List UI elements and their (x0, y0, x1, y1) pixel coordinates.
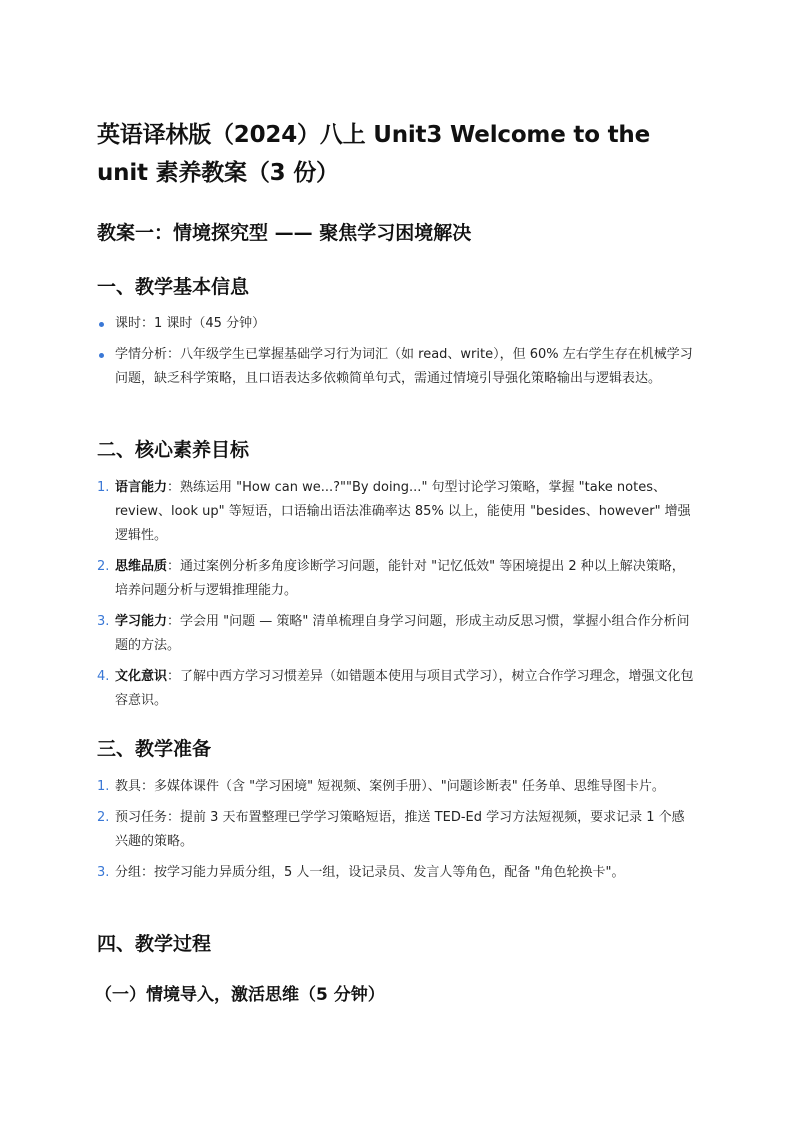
list-item: 3. 学习能力：学会用 "问题 — 策略" 清单梳理自身学习问题，形成主动反思习… (97, 610, 697, 658)
list-item-text: ：了解中西方学习习惯差异（如错题本使用与项目式学习），树立合作学习理念，增强文化… (115, 669, 694, 708)
section-heading-teaching-process: 四、教学过程 (97, 931, 211, 957)
core-goals-list: 1. 语言能力：熟练运用 "How can we...?""By doing..… (97, 476, 697, 720)
preparation-list: 1. 教具：多媒体课件（含 "学习困境" 短视频、案例手册）、"问题诊断表" 任… (97, 775, 697, 892)
document-title: 英语译林版（2024）八上 Unit3 Welcome to the unit … (97, 116, 697, 192)
goal-label: 思维品质 (115, 559, 167, 574)
list-item: 课时：1 课时（45 分钟） (97, 312, 697, 336)
list-item-text: 预习任务：提前 3 天布置整理已学学习策略短语，推送 TED-Ed 学习方法短视… (115, 810, 685, 849)
list-item-text: 分组：按学习能力异质分组，5 人一组，设记录员、发言人等角色，配备 "角色轮换卡… (115, 865, 625, 880)
list-number: 3. (97, 610, 109, 634)
list-item: 2. 预习任务：提前 3 天布置整理已学学习策略短语，推送 TED-Ed 学习方… (97, 806, 697, 854)
goal-label: 语言能力 (115, 480, 167, 495)
goal-label: 文化意识 (115, 669, 167, 684)
list-item-text: ：通过案例分析多角度诊断学习问题，能针对 "记忆低效" 等困境提出 2 种以上解… (115, 559, 685, 598)
list-number: 4. (97, 665, 109, 689)
list-item-text: 教具：多媒体课件（含 "学习困境" 短视频、案例手册）、"问题诊断表" 任务单、… (115, 779, 665, 794)
list-item-text: ：学会用 "问题 — 策略" 清单梳理自身学习问题，形成主动反思习惯，掌握小组合… (115, 614, 690, 653)
subsection-heading-introduction: （一）情境导入，激活思维（5 分钟） (95, 983, 385, 1007)
goal-label: 学习能力 (115, 614, 167, 629)
list-item: 1. 教具：多媒体课件（含 "学习困境" 短视频、案例手册）、"问题诊断表" 任… (97, 775, 697, 799)
list-item-text: 学情分析：八年级学生已掌握基础学习行为词汇（如 read、write），但 60… (115, 347, 693, 386)
list-number: 3. (97, 861, 109, 885)
list-item: 4. 文化意识：了解中西方学习习惯差异（如错题本使用与项目式学习），树立合作学习… (97, 665, 697, 713)
list-number: 2. (97, 806, 109, 830)
bullet-icon (99, 322, 104, 327)
list-item-text: 课时：1 课时（45 分钟） (115, 316, 265, 331)
list-item: 2. 思维品质：通过案例分析多角度诊断学习问题，能针对 "记忆低效" 等困境提出… (97, 555, 697, 603)
list-item: 1. 语言能力：熟练运用 "How can we...?""By doing..… (97, 476, 697, 548)
list-item-text: ：熟练运用 "How can we...?""By doing..." 句型讨论… (115, 480, 691, 543)
section-heading-preparation: 三、教学准备 (97, 736, 211, 762)
list-number: 1. (97, 476, 109, 500)
list-number: 1. (97, 775, 109, 799)
section-heading-basic-info: 一、教学基本信息 (97, 274, 249, 300)
lesson-plan-heading: 教案一：情境探究型 —— 聚焦学习困境解决 (97, 220, 471, 246)
list-item: 学情分析：八年级学生已掌握基础学习行为词汇（如 read、write），但 60… (97, 343, 697, 391)
basic-info-list: 课时：1 课时（45 分钟） 学情分析：八年级学生已掌握基础学习行为词汇（如 r… (97, 312, 697, 398)
bullet-icon (99, 353, 104, 358)
list-item: 3. 分组：按学习能力异质分组，5 人一组，设记录员、发言人等角色，配备 "角色… (97, 861, 697, 885)
list-number: 2. (97, 555, 109, 579)
section-heading-core-goals: 二、核心素养目标 (97, 437, 249, 463)
